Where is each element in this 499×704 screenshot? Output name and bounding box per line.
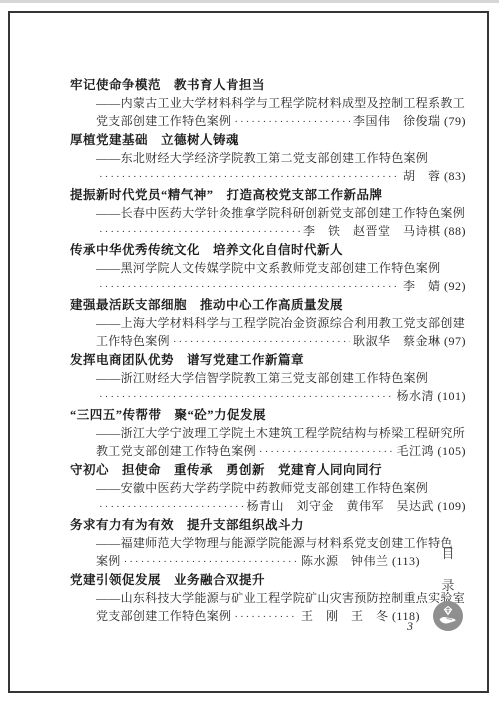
entry-tail: 教工党支部创建工作特色案例 ··························… xyxy=(70,442,466,461)
entry-title: 务求有力有为有效 提升支部组织战斗力 xyxy=(70,516,466,534)
entry-authors-page: 毛江鸿 (105) xyxy=(397,442,467,460)
margin-label-char: 目 xyxy=(441,547,454,560)
toc-entry: 建强最活跃支部细胞 推动中心工作高质量发展 ——上海大学材料科学与工程学院冶金资… xyxy=(70,296,466,351)
entry-tail-prefix: 教工党支部创建工作特色案例 xyxy=(96,442,256,460)
toc-entry: 提振新时代党员“精气神” 打造高校党支部工作新品牌 ——长春中医药大学针灸推拿学… xyxy=(70,186,466,241)
entry-title: 发挥电商团队优势 谱写党建工作新篇章 xyxy=(70,351,466,369)
entry-authors-page: 杨青山 刘守金 黄伟军 吴达武 (109) xyxy=(247,497,467,515)
entry-source: ——内蒙古工业大学材料科学与工程学院材料成型及控制工程系教工 xyxy=(70,94,466,112)
hand-holding-gem-icon xyxy=(433,601,463,631)
dot-leader: ········································… xyxy=(234,608,298,626)
dot-leader: ········································… xyxy=(234,113,350,131)
chapter-margin-label: 目 录 xyxy=(432,547,464,631)
entry-source: ——福建师范大学物理与能源学院能源与材料系党支创建工作特色 xyxy=(70,534,466,552)
entry-source: ——东北财经大学经济学院教工第二党支部创建工作特色案例 xyxy=(70,149,466,167)
entry-authors-page: 胡 蓉 (83) xyxy=(403,167,466,185)
scan-edge-strip xyxy=(0,0,499,3)
entry-source: ——上海大学材料科学与工程学院冶金资源综合利用教工党支部创建 xyxy=(70,314,466,332)
entry-tail: ········································… xyxy=(70,167,466,186)
entry-tail: 党支部创建工作特色案例 ····························… xyxy=(70,607,420,626)
toc-entry: 厚植党建基础 立德树人铸魂 ——东北财经大学经济学院教工第二党支部创建工作特色案… xyxy=(70,131,466,186)
entry-title: “三四五”传帮带 聚“砼”力促发展 xyxy=(70,406,466,424)
dot-leader: ········································… xyxy=(99,498,244,516)
entry-source: ——黑河学院人文传媒学院中文系教师党支部创建工作特色案例 xyxy=(70,259,466,277)
entry-tail-prefix: 党支部创建工作特色案例 xyxy=(96,112,231,130)
entry-authors-page: 李国伟 徐俊瑞 (79) xyxy=(353,112,466,130)
entry-tail: ········································… xyxy=(70,497,466,516)
entry-tail-prefix: 工作特色案例 xyxy=(96,332,170,350)
entry-title: 守初心 担使命 重传承 勇创新 党建育人同向同行 xyxy=(70,461,466,479)
toc-entry: 守初心 担使命 重传承 勇创新 党建育人同向同行 ——安徽中医药大学药学院中药教… xyxy=(70,461,466,516)
entry-tail: 党支部创建工作特色案例 ····························… xyxy=(70,112,466,131)
dot-leader: ········································… xyxy=(259,443,394,461)
entry-authors-page: 李 婧 (92) xyxy=(403,277,466,295)
entry-tail-prefix: 案例 xyxy=(96,552,121,570)
entry-title: 厚植党建基础 立德树人铸魂 xyxy=(70,131,466,149)
dot-leader: ········································… xyxy=(99,223,300,241)
entry-title: 传承中华优秀传统文化 培养文化自信时代新人 xyxy=(70,241,466,259)
toc-entry: 务求有力有为有效 提升支部组织战斗力 ——福建师范大学物理与能源学院能源与材料系… xyxy=(70,516,466,571)
dot-leader: ········································… xyxy=(99,388,394,406)
toc-entry: “三四五”传帮带 聚“砼”力促发展 ——浙江大学宁波理工学院土木建筑工程学院结构… xyxy=(70,406,466,461)
toc-entry: 发挥电商团队优势 谱写党建工作新篇章 ——浙江财经大学信智学院教工第三党支部创建… xyxy=(70,351,466,406)
toc-entry: 传承中华优秀传统文化 培养文化自信时代新人 ——黑河学院人文传媒学院中文系教师党… xyxy=(70,241,466,296)
entry-authors-page: 耿淑华 蔡金琳 (97) xyxy=(353,332,466,350)
entry-source: ——安徽中医药大学药学院中药教师党支部创建工作特色案例 xyxy=(70,479,466,497)
dot-leader: ········································… xyxy=(99,168,400,186)
entry-source: ——浙江大学宁波理工学院土木建筑工程学院结构与桥梁工程研究所 xyxy=(70,424,466,442)
entry-tail: 工作特色案例 ·································… xyxy=(70,332,466,351)
entry-authors-page: 杨水清 (101) xyxy=(397,387,467,405)
dot-leader: ········································… xyxy=(173,333,350,351)
entry-source: ——山东科技大学能源与矿业工程学院矿山灾害预防控制重点实验室 xyxy=(70,589,466,607)
entry-title: 提振新时代党员“精气神” 打造高校党支部工作新品牌 xyxy=(70,186,466,204)
toc-list: 牢记使命争模范 教书育人肯担当 ——内蒙古工业大学材料科学与工程学院材料成型及控… xyxy=(70,76,466,626)
entry-authors-page: 李 铁 赵晋堂 马诗棋 (88) xyxy=(303,222,466,240)
dot-leader: ········································… xyxy=(124,553,298,571)
entry-tail: 案例 ·····································… xyxy=(70,552,420,571)
entry-tail: ········································… xyxy=(70,277,466,296)
dot-leader: ········································… xyxy=(99,278,400,296)
entry-source: ——长春中医药大学针灸推拿学院科研创新党支部创建工作特色案例 xyxy=(70,204,466,222)
entry-source: ——浙江财经大学信智学院教工第三党支部创建工作特色案例 xyxy=(70,369,466,387)
toc-entry: 党建引领促发展 业务融合双提升 ——山东科技大学能源与矿业工程学院矿山灾害预防控… xyxy=(70,571,466,626)
entry-tail: ········································… xyxy=(70,222,466,241)
entry-tail: ········································… xyxy=(70,387,466,406)
toc-entry: 牢记使命争模范 教书育人肯担当 ——内蒙古工业大学材料科学与工程学院材料成型及控… xyxy=(70,76,466,131)
entry-title: 党建引领促发展 业务融合双提升 xyxy=(70,571,466,589)
margin-label-char: 录 xyxy=(441,579,454,592)
entry-tail-prefix: 党支部创建工作特色案例 xyxy=(96,607,231,625)
entry-authors-page: 陈水源 钟伟兰 (113) xyxy=(301,552,420,570)
page-number: 3 xyxy=(398,619,422,634)
entry-title: 牢记使命争模范 教书育人肯担当 xyxy=(70,76,466,94)
entry-title: 建强最活跃支部细胞 推动中心工作高质量发展 xyxy=(70,296,466,314)
scanned-page: 牢记使命争模范 教书育人肯担当 ——内蒙古工业大学材料科学与工程学院材料成型及控… xyxy=(0,0,499,704)
page-border-frame: 牢记使命争模范 教书育人肯担当 ——内蒙古工业大学材料科学与工程学院材料成型及控… xyxy=(8,11,489,693)
